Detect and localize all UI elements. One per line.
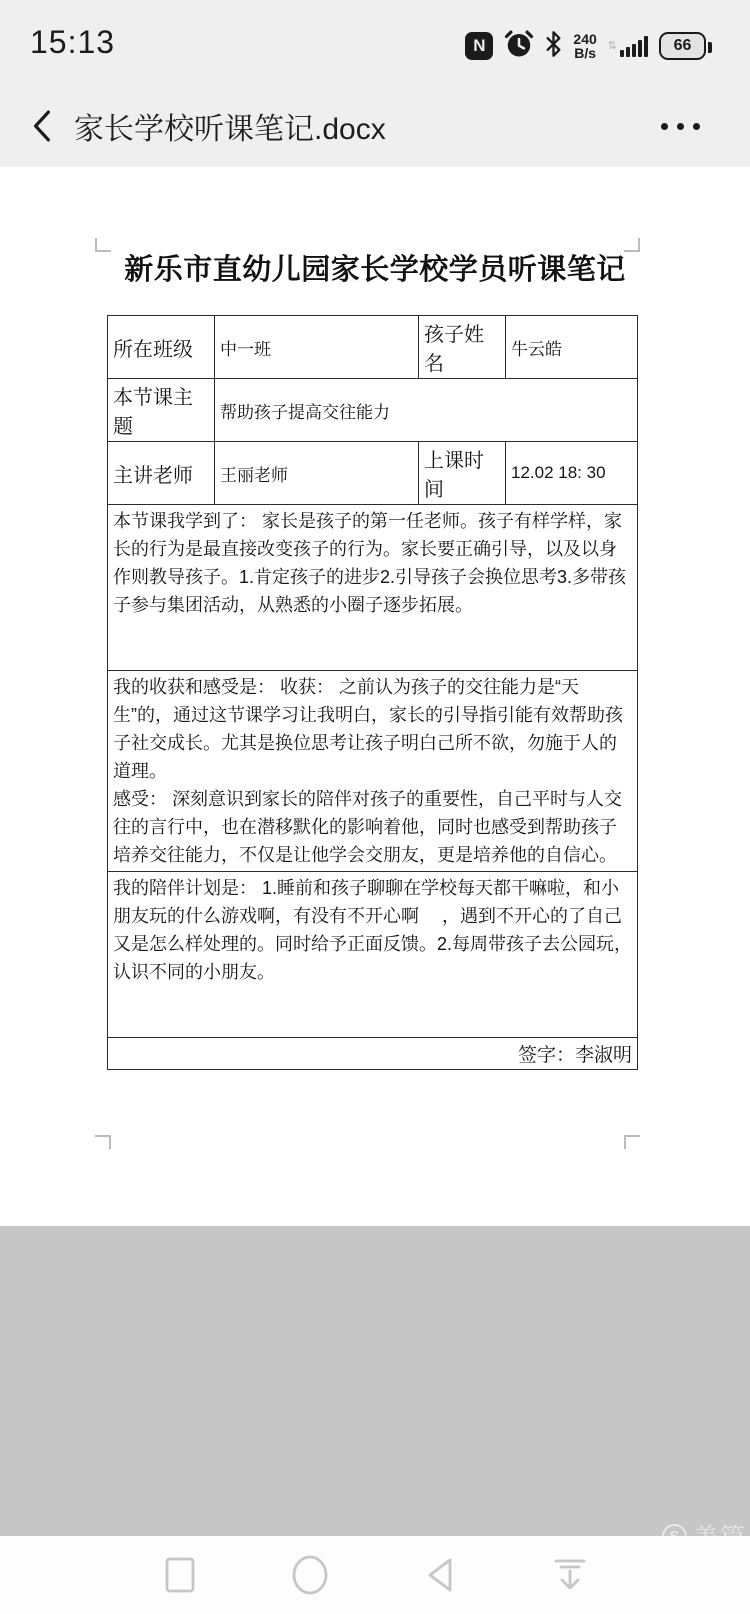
scroll-background[interactable] bbox=[0, 1226, 750, 1536]
home-circle-icon bbox=[290, 1553, 330, 1597]
phone-screen: 15:13 N 240 B/s ⇅ bbox=[0, 0, 750, 1614]
table-row: 我的陪伴计划是： 1.睡前和孩子聊聊在学校每天都干嘛啦，和小朋友玩的什么游戏啊，… bbox=[108, 872, 638, 1038]
ellipsis-icon bbox=[693, 123, 700, 130]
back-triangle-icon bbox=[423, 1556, 457, 1594]
table-row: 主讲老师 王丽老师 上课时间 12.02 18: 30 bbox=[108, 442, 638, 505]
hide-nav-icon bbox=[551, 1555, 589, 1595]
home-button[interactable] bbox=[289, 1554, 331, 1596]
system-nav-bar bbox=[0, 1536, 750, 1614]
margin-corner-mark bbox=[624, 1135, 640, 1149]
more-menu-button[interactable] bbox=[661, 116, 700, 136]
table-row: 签字：李淑明 bbox=[108, 1038, 638, 1070]
teacher-value: 王丽老师 bbox=[215, 442, 419, 505]
gains-and-feelings-cell: 我的收获和感受是： 收获： 之前认为孩子的交往能力是“天生”的，通过这节课学习让… bbox=[108, 671, 638, 872]
class-time-label: 上课时间 bbox=[419, 442, 506, 505]
child-name-value: 牛云皓 bbox=[506, 316, 638, 379]
recents-square-icon bbox=[163, 1556, 197, 1594]
status-icons: N 240 B/s ⇅ bbox=[465, 26, 706, 66]
bluetooth-icon bbox=[545, 30, 562, 63]
network-speed-unit: B/s bbox=[574, 46, 596, 60]
battery-icon: 66 bbox=[659, 32, 706, 60]
page-title: 新乐市直幼儿园家长学校学员听课笔记 bbox=[0, 247, 750, 288]
lesson-learned-text: 本节课我学到了： 家长是孩子的第一任老师。孩子有样学样，家长的行为是最直接改变孩… bbox=[108, 505, 638, 671]
margin-corner-mark bbox=[95, 1135, 111, 1149]
signal-bars-icon: ⇅ bbox=[608, 35, 648, 57]
teacher-label: 主讲老师 bbox=[108, 442, 215, 505]
child-name-label: 孩子姓名 bbox=[419, 316, 506, 379]
notes-table: 所在班级 中一班 孩子姓名 牛云皓 本节课主题 帮助孩子提高交往能力 主讲老师 … bbox=[107, 315, 638, 1070]
signature-text: 签字：李淑明 bbox=[108, 1038, 638, 1070]
recents-button[interactable] bbox=[159, 1554, 201, 1596]
class-label: 所在班级 bbox=[108, 316, 215, 379]
table-row: 所在班级 中一班 孩子姓名 牛云皓 bbox=[108, 316, 638, 379]
network-speed: 240 B/s bbox=[573, 32, 596, 61]
nfc-icon: N bbox=[465, 32, 493, 60]
document-filename: 家长学校听课笔记.docx bbox=[74, 104, 386, 148]
class-time-value: 12.02 18: 30 bbox=[506, 442, 638, 505]
table-row: 本节课主题 帮助孩子提高交往能力 bbox=[108, 379, 638, 442]
ellipsis-icon bbox=[677, 123, 684, 130]
back-button[interactable] bbox=[24, 106, 60, 146]
ellipsis-icon bbox=[661, 123, 668, 130]
alarm-icon bbox=[504, 29, 534, 64]
document-page[interactable]: 新乐市直幼儿园家长学校学员听课笔记 所在班级 中一班 孩子姓名 牛云皓 本节课主… bbox=[0, 167, 750, 1226]
table-row: 本节课我学到了： 家长是孩子的第一任老师。孩子有样学样，家长的行为是最直接改变孩… bbox=[108, 505, 638, 671]
top-bar: 15:13 N 240 B/s ⇅ bbox=[0, 0, 750, 167]
clock-time: 15:13 bbox=[30, 24, 115, 61]
back-nav-button[interactable] bbox=[419, 1554, 461, 1596]
class-value: 中一班 bbox=[215, 316, 419, 379]
gains-paragraph: 我的收获和感受是： 收获： 之前认为孩子的交往能力是“天生”的，通过这节课学习让… bbox=[113, 673, 632, 785]
companion-plan-text: 我的陪伴计划是： 1.睡前和孩子聊聊在学校每天都干嘛啦，和小朋友玩的什么游戏啊，… bbox=[108, 872, 638, 1038]
network-speed-value: 240 bbox=[573, 32, 596, 46]
topic-value: 帮助孩子提高交往能力 bbox=[215, 379, 638, 442]
chevron-left-icon bbox=[32, 110, 52, 142]
feelings-paragraph: 感受： 深刻意识到家长的陪伴对孩子的重要性，自己平时与人交往的言行中，也在潜移默… bbox=[113, 785, 632, 869]
hide-navbar-button[interactable] bbox=[549, 1554, 591, 1596]
topic-label: 本节课主题 bbox=[108, 379, 215, 442]
data-arrows-icon: ⇅ bbox=[608, 41, 617, 52]
document-title-bar: 家长学校听课笔记.docx bbox=[0, 88, 750, 163]
table-row: 我的收获和感受是： 收获： 之前认为孩子的交往能力是“天生”的，通过这节课学习让… bbox=[108, 671, 638, 872]
battery-percent: 66 bbox=[674, 37, 692, 55]
